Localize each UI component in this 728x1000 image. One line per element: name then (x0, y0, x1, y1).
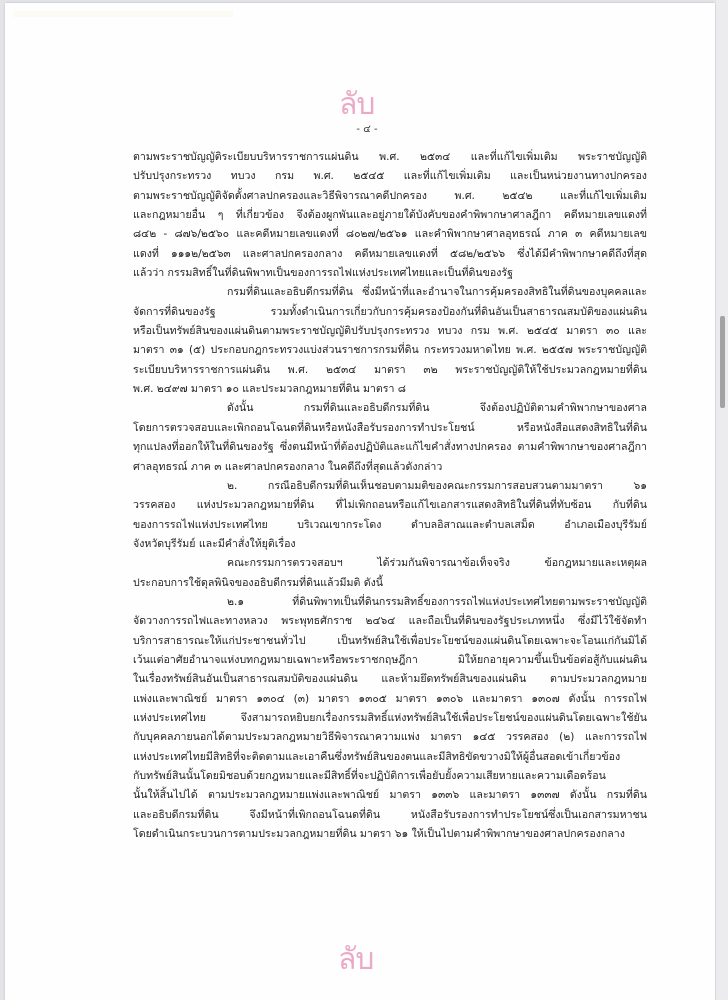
text-line: บริการสาธารณะให้แก่ประชาชนทั่วไป เป็นทรั… (133, 632, 647, 651)
text-line: วรรคสอง แห่งประมวลกฎหมายที่ดิน ที่ไม่เพิ… (133, 496, 647, 515)
text-line: ศาลอุทธรณ์ ภาค ๓ และศาลปกครองกลาง ในคดีถ… (133, 458, 647, 477)
text-line: แพ่งและพาณิชย์ มาตรา ๑๓๐๔ (๓) มาตรา ๑๓๐๕… (133, 690, 647, 709)
confidential-stamp-bottom: ลับ (338, 936, 373, 983)
text-line: แดงที่ ๑๑๑๒/๒๕๖๓ และศาลปกครองกลาง คดีหมา… (133, 245, 647, 264)
text-line: มาตรา ๓๑ (๕) ประกอบกฎกระทรวงแบ่งส่วนราชก… (133, 341, 647, 360)
text-line: ของการรถไฟแห่งประเทศไทย บริเวณเขากระโดง … (133, 516, 647, 535)
text-line: ดังนั้น กรมที่ดินและอธิบดีกรมที่ดิน จึงต… (133, 399, 647, 418)
text-line: เว้นแต่อาศัยอำนาจแห่งบทกฎหมายเฉพาะหรือพร… (133, 651, 647, 670)
text-line: ระเบียบบริหารราชการแผ่นดิน พ.ศ. ๒๕๓๔ มาต… (133, 361, 647, 380)
text-line: ๒. กรณีอธิบดีกรมที่ดินเห็นชอบตามมติของคณ… (133, 477, 647, 496)
text-line: จัดการที่ดินของรัฐ รวมทั้งดำเนินการเกี่ย… (133, 303, 647, 322)
text-line: ประกอบการใช้ดุลพินิจของอธิบดีกรมที่ดินแล… (133, 574, 647, 593)
text-line: โดยการตรวจสอบและเพิกถอนโฉนดที่ดินหรือหนั… (133, 419, 647, 438)
page-top-band (13, 11, 233, 17)
text-line: คณะกรรมการตรวจสอบฯ ได้ร่วมกันพิจารณาข้อเ… (133, 554, 647, 573)
text-line: ในเรื่องทรัพย์สินอันเป็นสาธารณสมบัติของแ… (133, 670, 647, 689)
text-line: ๘๔๒ - ๘๗๖/๒๕๖๐ และคดีหมายเลขแดงที่ ๘๐๒๗/… (133, 225, 647, 244)
text-line: แห่งประเทศไทย จึงสามารถหยิบยกเรื่องกรรมส… (133, 709, 647, 728)
text-line: พ.ศ. ๒๔๙๗ มาตรา ๑๐ และประมวลกฎหมายที่ดิน… (133, 380, 647, 399)
text-line: โดยดำเนินกระบวนการตามประมวลกฎหมายที่ดิน … (133, 825, 647, 844)
document-page: ลับ - ๔ - ตามพระราชบัญญัติระเบียบบริหารร… (5, 3, 715, 1000)
text-line: จัดวางการรถไฟและทางหลวง พระพุทธศักราช ๒๔… (133, 612, 647, 631)
confidential-stamp-top: ลับ (339, 81, 374, 128)
text-line: ทุกแปลงที่ออกให้ในที่ดินของรัฐ ซึ่งตนมีห… (133, 438, 647, 457)
scrollbar-thumb[interactable] (720, 316, 725, 408)
text-line: ตามพระราชบัญญัติระเบียบบริหารราชการแผ่นด… (133, 148, 647, 167)
text-line: และกฎหมายอื่น ๆ ที่เกี่ยวข้อง จึงต้องผูก… (133, 206, 647, 225)
text-line: นั้นให้สิ้นไปได้ ตามประมวลกฎหมายแพ่งและพ… (133, 786, 647, 805)
document-body: ตามพระราชบัญญัติระเบียบบริหารราชการแผ่นด… (133, 148, 647, 844)
text-line: และอธิบดีกรมที่ดิน จึงมีหน้าที่เพิกถอนโฉ… (133, 806, 647, 825)
text-line: แล้วว่า กรรมสิทธิ์ในที่ดินพิพาทเป็นของกา… (133, 264, 647, 283)
text-line: ตามพระราชบัญญัติจัดตั้งศาลปกครองและวิธีพ… (133, 187, 647, 206)
text-line: แห่งประเทศไทยมีสิทธิที่จะติดตามและเอาคืน… (133, 748, 647, 767)
text-line: กับบุคคลภายนอกได้ตามประมวลกฎหมายวิธีพิจา… (133, 728, 647, 747)
text-line: กรมที่ดินและอธิบดีกรมที่ดิน ซึ่งมีหน้าที… (133, 283, 647, 302)
text-line: กับทรัพย์สินนั้นโดยมิชอบด้วยกฎหมายและมีส… (133, 767, 647, 786)
text-line: หรือเป็นทรัพย์สินของแผ่นดินตามพระราชบัญญ… (133, 322, 647, 341)
text-line: ปรับปรุงกระทรวง ทบวง กรม พ.ศ. ๒๕๔๕ และที… (133, 167, 647, 186)
vertical-scrollbar[interactable] (716, 0, 728, 1000)
page-number: - ๔ - (342, 122, 392, 137)
text-line: ๒.๑ ที่ดินพิพาทเป็นที่ดินกรรมสิทธิ์ของกา… (133, 593, 647, 612)
text-line: จังหวัดบุรีรัมย์ และมีคำสั่งให้ยุติเรื่อ… (133, 535, 647, 554)
document-viewer: ลับ - ๔ - ตามพระราชบัญญัติระเบียบบริหารร… (0, 0, 728, 1000)
